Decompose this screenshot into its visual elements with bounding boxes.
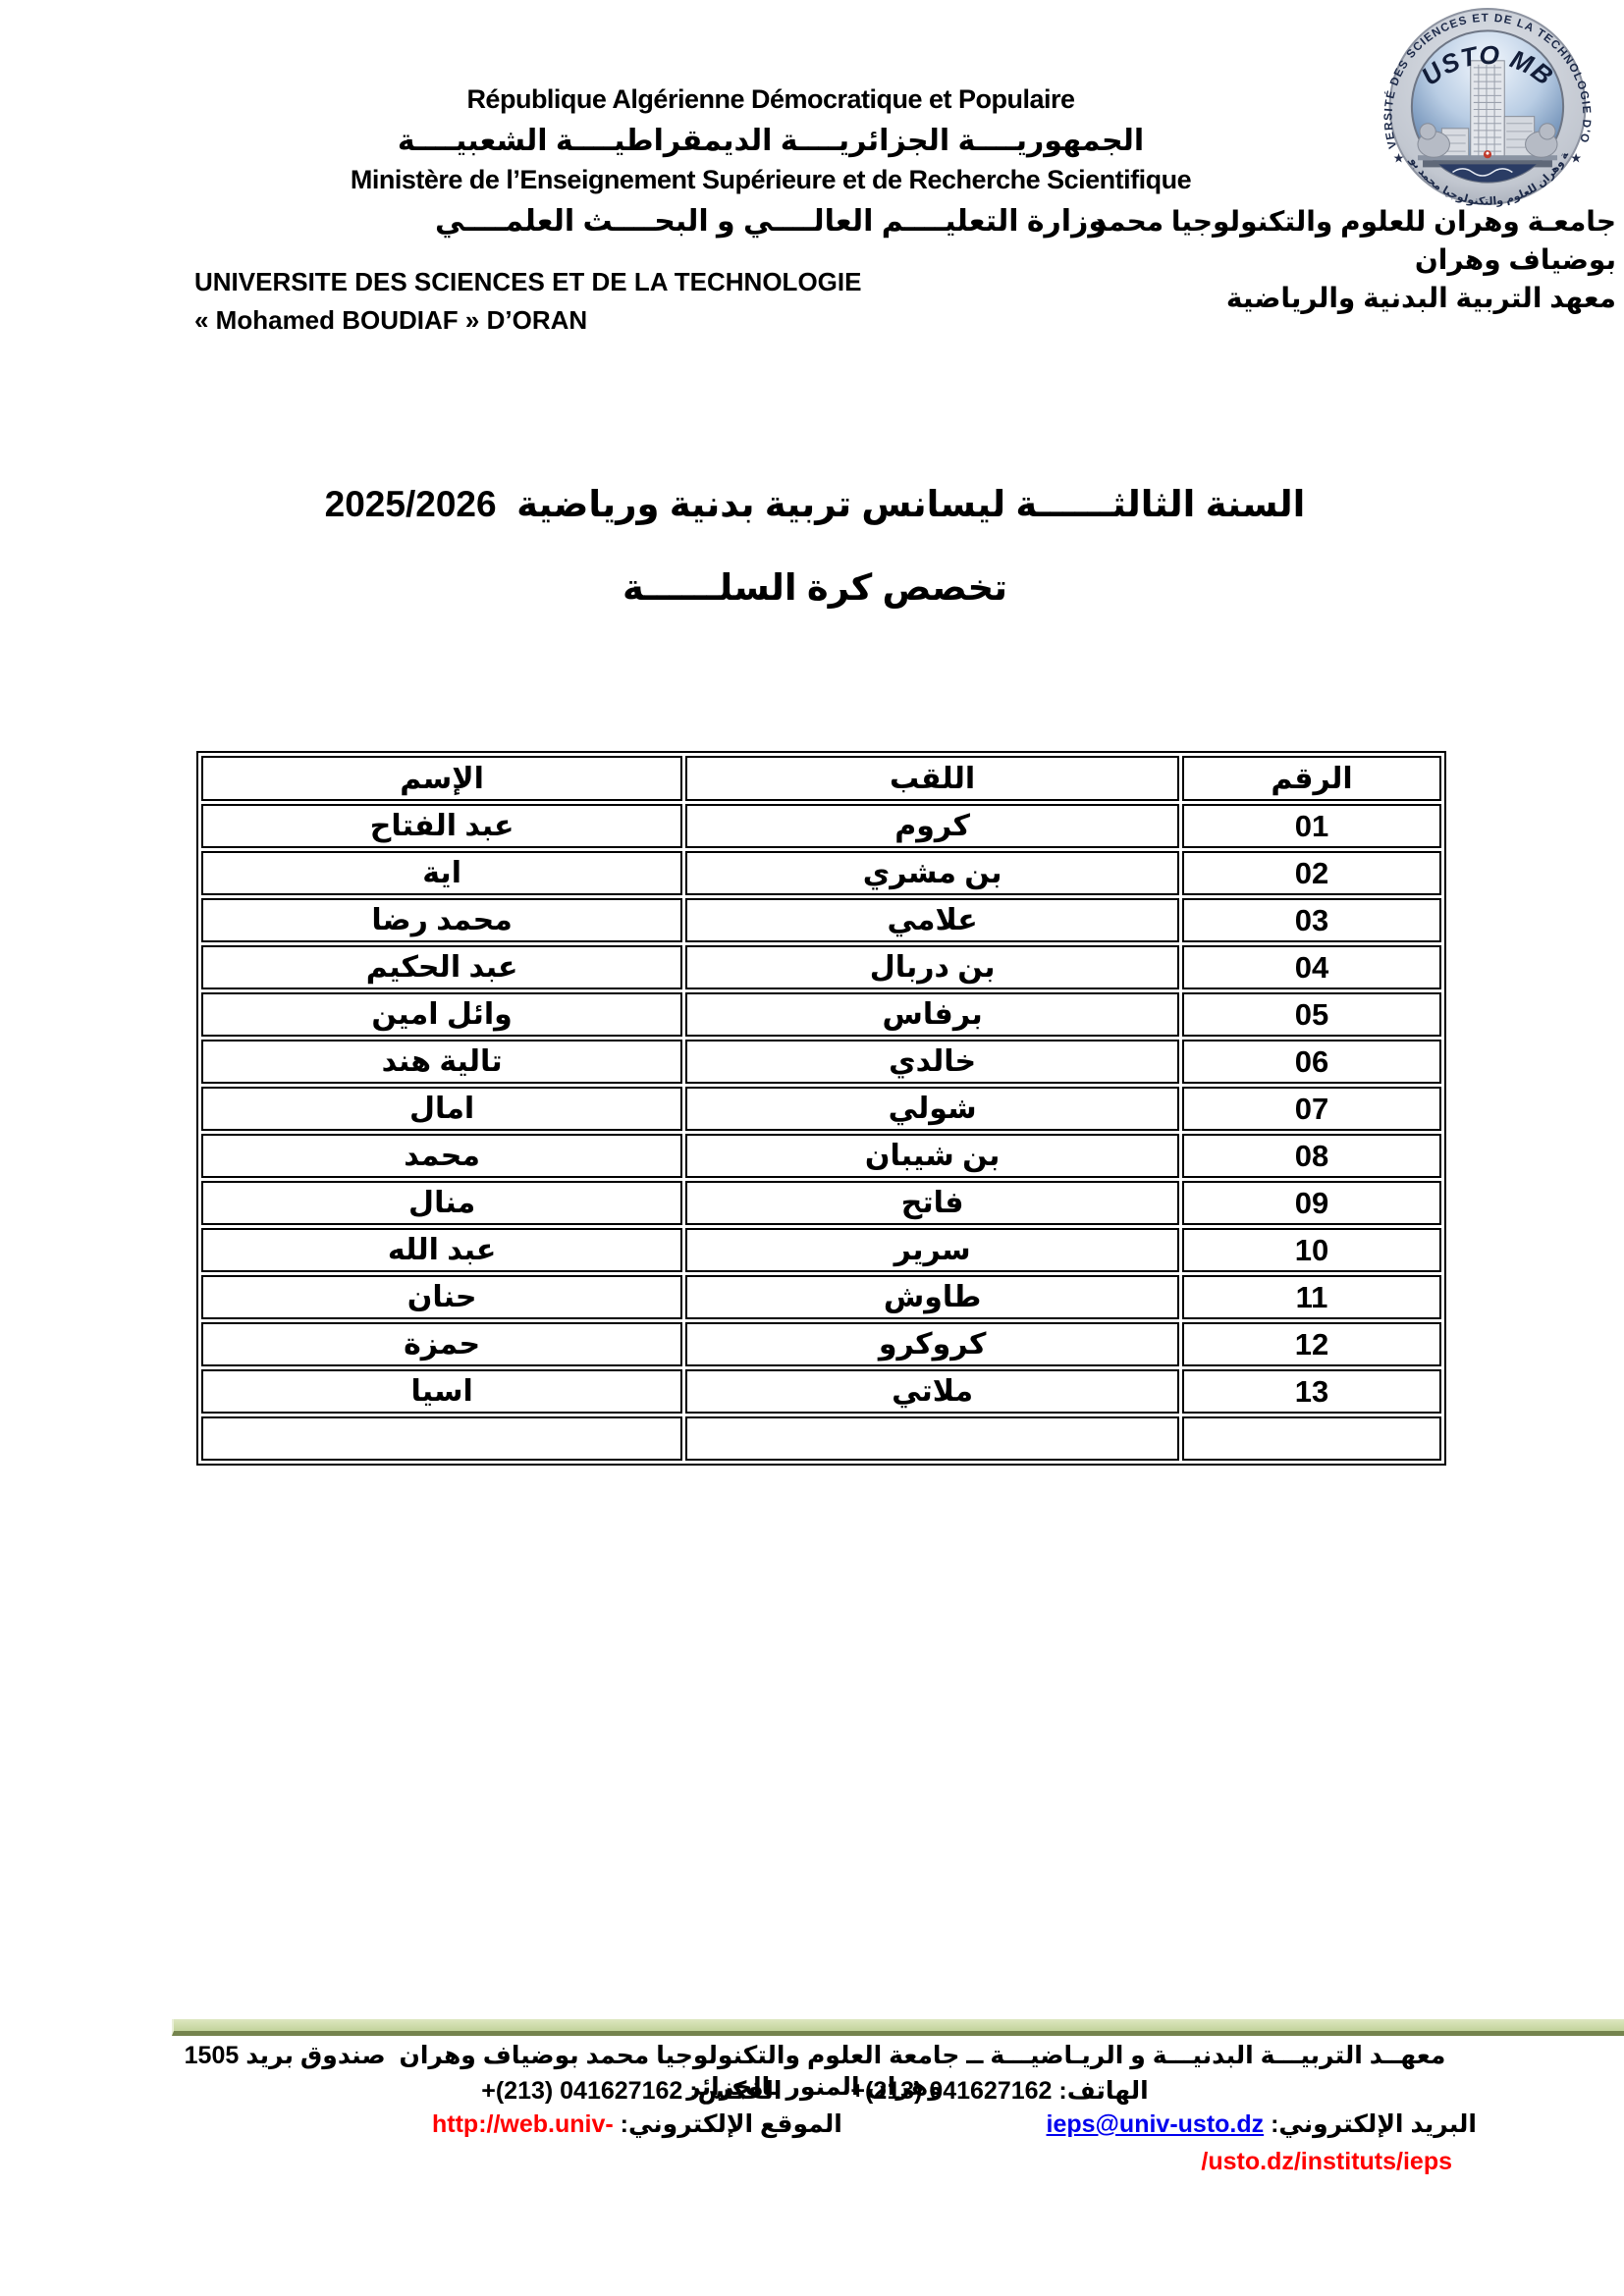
- column-header-name: الإسم: [201, 756, 682, 801]
- cell-name: عبد الفتاح: [201, 804, 682, 848]
- table-row: 09فاتحمنال: [201, 1181, 1441, 1225]
- fax-number: +(213) 041627162: [481, 2077, 682, 2105]
- website-url-part2[interactable]: /usto.dz/instituts/ieps: [1201, 2146, 1452, 2177]
- ministry-line-fr: Ministère de l’Enseignement Supérieure e…: [133, 165, 1409, 195]
- table-row: 13ملاتياسيا: [201, 1369, 1441, 1414]
- cell-surname: فاتح: [685, 1181, 1179, 1225]
- table-header-row: الرقم اللقب الإسم: [201, 756, 1441, 801]
- cell-name: اية: [201, 851, 682, 895]
- cell-surname: كروكرو: [685, 1322, 1179, 1366]
- phone-group: الهاتف: +(213) 041627162: [850, 2077, 1148, 2105]
- cell-name: عبد الله: [201, 1228, 682, 1272]
- cell-number: 07: [1182, 1087, 1441, 1131]
- cell-name: عبد الحكيم: [201, 945, 682, 989]
- cell-number: 08: [1182, 1134, 1441, 1178]
- footer-links-line: البريد الإلكتروني: ieps@univ-usto.dz الم…: [432, 2109, 1477, 2140]
- cell-name: اسيا: [201, 1369, 682, 1414]
- table-row: 06خالديتالية هند: [201, 1040, 1441, 1084]
- star-icon: ★: [1570, 150, 1582, 165]
- footer-phone-line: الهاتف: +(213) 041627162الفكس: +(213) 04…: [157, 2075, 1473, 2107]
- title-line2: تخصص كرة السلــــــة: [162, 566, 1468, 609]
- cell-number: 06: [1182, 1040, 1441, 1084]
- cell-number: 03: [1182, 898, 1441, 942]
- cell-number: 05: [1182, 992, 1441, 1037]
- cell-number: 13: [1182, 1369, 1441, 1414]
- title-line1: السنة الثالثــــــة ليسانس تربية بدنية و…: [162, 483, 1468, 525]
- table-row: 07شوليامال: [201, 1087, 1441, 1131]
- cell-surname: برفاس: [685, 992, 1179, 1037]
- cell-surname: كروم: [685, 804, 1179, 848]
- cell-surname: طاوش: [685, 1275, 1179, 1319]
- table-row: 08بن شيبانمحمد: [201, 1134, 1441, 1178]
- fax-label: الفكس:: [689, 2077, 782, 2105]
- cell-surname: ملاتي: [685, 1369, 1179, 1414]
- cell-name: امال: [201, 1087, 682, 1131]
- cell-surname: خالدي: [685, 1040, 1179, 1084]
- republic-line-fr: République Algérienne Démocratique et Po…: [133, 84, 1409, 115]
- cell-surname: علامي: [685, 898, 1179, 942]
- table-row: 05برفاسوائل امين: [201, 992, 1441, 1037]
- cell-name: [201, 1416, 682, 1461]
- table-row: 12كروكروحمزة: [201, 1322, 1441, 1366]
- table-row: 10سريرعبد الله: [201, 1228, 1441, 1272]
- cell-surname: بن دربال: [685, 945, 1179, 989]
- table-row: 01كرومعبد الفتاح: [201, 804, 1441, 848]
- student-roster-table: الرقم اللقب الإسم 01كرومعبد الفتاح 02بن …: [196, 751, 1446, 1466]
- cell-number: 11: [1182, 1275, 1441, 1319]
- website-url-part1[interactable]: http://web.univ-: [432, 2110, 614, 2138]
- table-row: 11طاوشحنان: [201, 1275, 1441, 1319]
- website-label: الموقع الإلكتروني:: [621, 2110, 842, 2138]
- table-row-empty: [201, 1416, 1441, 1461]
- university-fr-line1: UNIVERSITE DES SCIENCES ET DE LA TECHNOL…: [194, 263, 861, 301]
- column-header-number: الرقم: [1182, 756, 1441, 801]
- cell-surname: بن مشري: [685, 851, 1179, 895]
- phone-label: الهاتف:: [1058, 2077, 1148, 2105]
- cell-number: 04: [1182, 945, 1441, 989]
- university-ar-line3: معهد التربية البدنية والرياضية: [1093, 279, 1616, 317]
- republic-line-ar: الجمهوريــــة الجزائريــــة الديمقراطيــ…: [133, 124, 1409, 158]
- usto-logo-icon: UNIVERSITÉ DES SCIENCES ET DE LA TECHNOL…: [1365, 5, 1610, 209]
- university-name-fr: UNIVERSITE DES SCIENCES ET DE LA TECHNOL…: [194, 263, 861, 340]
- cell-name: تالية هند: [201, 1040, 682, 1084]
- cell-number: [1182, 1416, 1441, 1461]
- cell-name: محمد رضا: [201, 898, 682, 942]
- fax-group: الفكس: +(213) 041627162: [481, 2077, 782, 2105]
- university-fr-line2: « Mohamed BOUDIAF » D’ORAN: [194, 301, 861, 340]
- cell-number: 02: [1182, 851, 1441, 895]
- table-row: 02بن مشرياية: [201, 851, 1441, 895]
- website-group: الموقع الإلكتروني: http://web.univ-: [432, 2109, 842, 2140]
- document-page: République Algérienne Démocratique et Po…: [0, 0, 1624, 2296]
- cell-surname: شولي: [685, 1087, 1179, 1131]
- cell-name: منال: [201, 1181, 682, 1225]
- cell-number: 10: [1182, 1228, 1441, 1272]
- university-name-ar: جامعـة وهران للعلوم والتكنولوجيا محمد بو…: [1093, 202, 1616, 317]
- email-link[interactable]: ieps@univ-usto.dz: [1047, 2110, 1265, 2138]
- cell-surname: سرير: [685, 1228, 1179, 1272]
- cell-number: 12: [1182, 1322, 1441, 1366]
- cell-name: حمزة: [201, 1322, 682, 1366]
- star-icon: ★: [1393, 150, 1405, 165]
- email-label: البريد الإلكتروني:: [1271, 2110, 1477, 2138]
- cell-surname: بن شيبان: [685, 1134, 1179, 1178]
- table-row: 03علاميمحمد رضا: [201, 898, 1441, 942]
- cell-number: 09: [1182, 1181, 1441, 1225]
- cell-name: محمد: [201, 1134, 682, 1178]
- cell-number: 01: [1182, 804, 1441, 848]
- document-title: السنة الثالثــــــة ليسانس تربية بدنية و…: [162, 483, 1468, 609]
- phone-number: +(213) 041627162: [850, 2077, 1052, 2105]
- cell-name: حنان: [201, 1275, 682, 1319]
- column-header-surname: اللقب: [685, 756, 1179, 801]
- email-group: البريد الإلكتروني: ieps@univ-usto.dz: [1047, 2109, 1477, 2140]
- cell-surname: [685, 1416, 1179, 1461]
- cell-name: وائل امين: [201, 992, 682, 1037]
- university-ar-line2: بوضياف وهران: [1093, 240, 1616, 279]
- table-row: 04بن دربالعبد الحكيم: [201, 945, 1441, 989]
- footer-divider-bar: [172, 2019, 1624, 2036]
